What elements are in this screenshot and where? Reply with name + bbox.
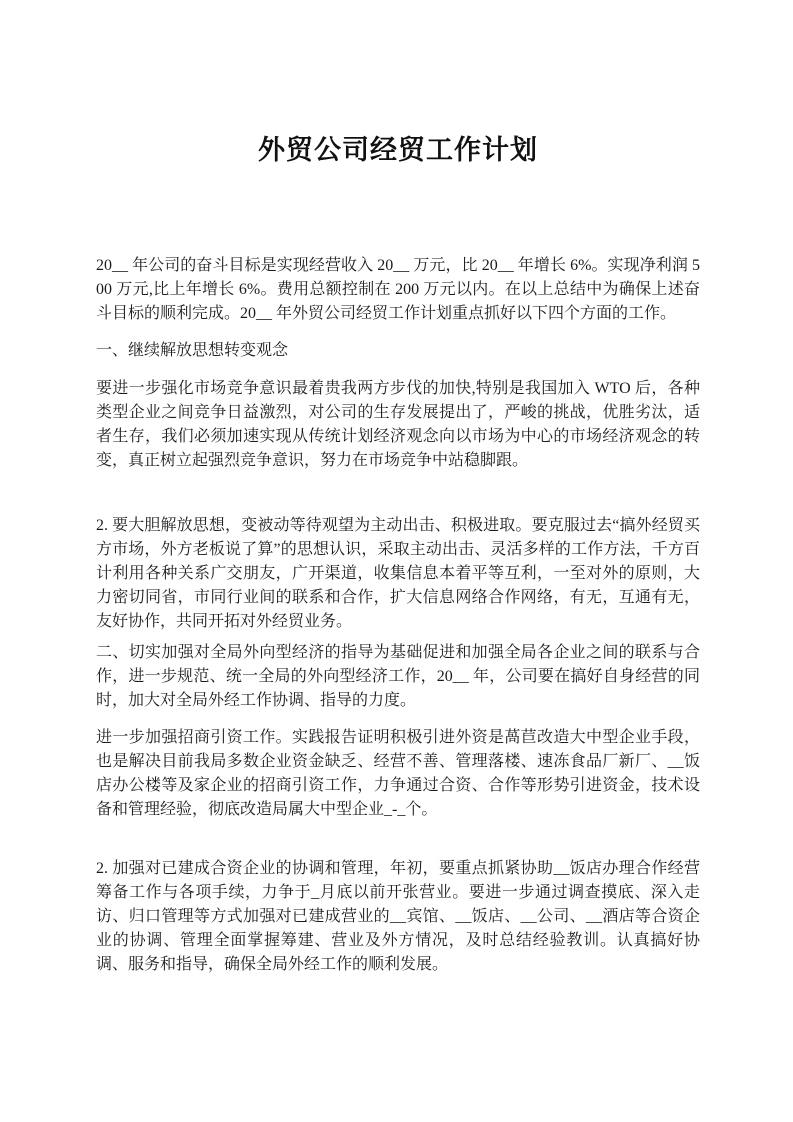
document-page: 外贸公司经贸工作计划 20__ 年公司的奋斗目标是实现经营收入 20__ 万元，… xyxy=(0,0,793,1122)
section-2-paragraph-1: 进一步加强招商引资工作。实践报告证明积极引进外资是萵苣改造大中型企业手段，也是解… xyxy=(96,726,700,822)
section-2-lead-paragraph: 二、切实加强对全局外向型经济的指导为基础促进和加强全局各企业之间的联系与合作，进… xyxy=(96,641,700,713)
section-1-heading: 一、继续解放思想转变观念 xyxy=(96,339,700,363)
intro-paragraph: 20__ 年公司的奋斗目标是实现经营收入 20__ 万元，比 20__ 年增长 … xyxy=(96,254,700,326)
document-title: 外贸公司经贸工作计划 xyxy=(96,133,700,168)
section-1-paragraph-1: 要进一步强化市场竞争意识最着贵我两方步伐的加快,特别是我国加入 WTO 后，各种… xyxy=(96,377,700,473)
section-1-paragraph-2: 2. 要大胆解放思想，变被动等待观望为主动出击、积极进取。要克服过去“搞外经贸买… xyxy=(96,514,700,634)
section-2-paragraph-2: 2. 加强对已建成合资企业的协调和管理，年初，要重点抓紧协助__饭店办理合作经营… xyxy=(96,857,700,977)
